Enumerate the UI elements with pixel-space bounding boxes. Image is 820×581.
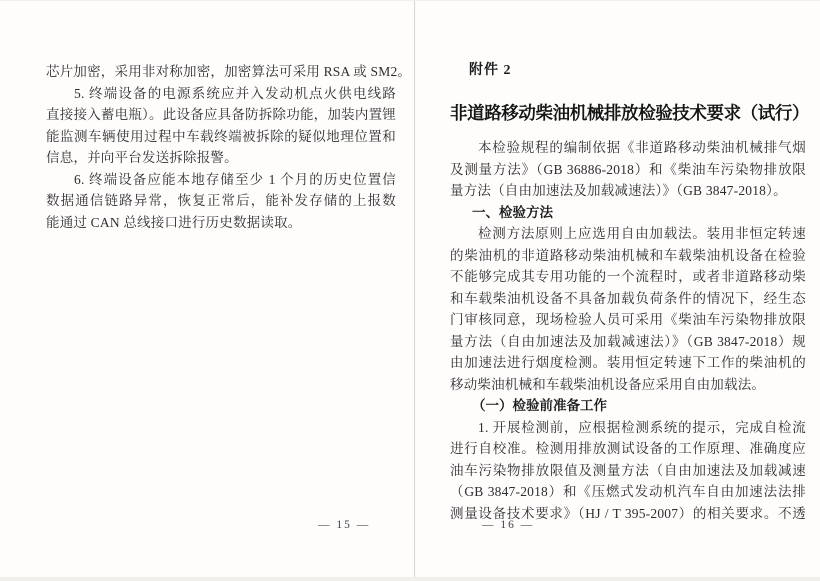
- scan-bottom-edge: [0, 577, 820, 581]
- subsection-heading: （一）检验前准备工作: [450, 395, 806, 417]
- text-line: 不能够完成其专用功能的一个流程时，或者非道路移动柴油机械: [450, 266, 806, 288]
- text-line: 能监测车辆使用过程中车载终端被拆除的疑似地理位置和时间: [46, 126, 396, 148]
- text-line: 本检验规程的编制依据《非道路移动柴油机械排气烟度限值: [450, 137, 806, 159]
- page-16: 附件 2 非道路移动柴油机械排放检验技术要求（试行） 本检验规程的编制依据《非道…: [416, 1, 820, 581]
- text-line: （GB 3847-2018）和《压燃式发动机汽车自由加速法法排气烟度: [450, 481, 806, 503]
- text-line: 和车载柴油机设备不具备加载负荷条件的情况下，经生态环境部: [450, 288, 806, 310]
- page-16-text-block: 本检验规程的编制依据《非道路移动柴油机械排气烟度限值 及测量方法》（GB 368…: [450, 137, 806, 524]
- document-title: 非道路移动柴油机械排放检验技术要求（试行）: [450, 100, 808, 125]
- text-line: 油车污染物排放限值及测量方法（自由加速法及加载减速法）》: [450, 460, 806, 482]
- text-line: 由加速法进行烟度检测。装用恒定转速下工作的柴油机的非道路: [450, 352, 806, 374]
- section-heading: 一、检验方法: [450, 202, 806, 224]
- text-line: 检测方法原则上应选用自由加载法。装用非恒定转速下工作: [450, 223, 806, 245]
- document-spread: 芯片加密，采用非对称加密，加密算法可采用 RSA 或 SM2。 5. 终端设备的…: [0, 0, 820, 581]
- text-line: 移动柴油机械和车载柴油机设备应采用自由加载法。: [450, 374, 806, 396]
- text-line: 5. 终端设备的电源系统应并入发动机点火供电线路（不能: [46, 83, 396, 105]
- page-15-text-block: 芯片加密，采用非对称加密，加密算法可采用 RSA 或 SM2。 5. 终端设备的…: [46, 61, 396, 233]
- text-line: 量方法（自由加速法及加载减速法）》（GB 3847-2018）规定的自: [450, 331, 806, 353]
- page-number: — 15 —: [318, 519, 370, 531]
- text-line: 6. 终端设备应能本地存储至少 1 个月的历史位置信息，当: [46, 169, 396, 191]
- text-line: 门审核同意，现场检验人员可采用《柴油车污染物排放限值及测: [450, 309, 806, 331]
- text-line: 能通过 CAN 总线接口进行历史数据读取。: [46, 212, 396, 234]
- text-line: 进行自校准。检测用排放测试设备的工作原理、准确度应满足《柴: [450, 438, 806, 460]
- attachment-label: 附件 2: [469, 59, 512, 79]
- text-line: 1. 开展检测前，应根据检测系统的提示，完成自检流程和: [450, 417, 806, 439]
- page-number: — 16 —: [482, 519, 534, 531]
- text-line: 直接接入蓄电瓶）。此设备应具备防拆除功能，加装内置锂电池，: [46, 104, 396, 126]
- text-line: 数据通信链路异常，恢复正常后，能补发存储的上报数据，同时: [46, 190, 396, 212]
- page-15: 芯片加密，采用非对称加密，加密算法可采用 RSA 或 SM2。 5. 终端设备的…: [0, 1, 415, 581]
- text-line: 的柴油机的非道路移动柴油机械和车载柴油机设备在检验现场: [450, 245, 806, 267]
- text-line: 信息，并向平台发送拆除报警。: [46, 147, 396, 169]
- text-line: 量方法（自由加速法及加载减速法）》（GB 3847-2018）。: [450, 180, 806, 202]
- text-line: 及测量方法》（GB 36886-2018）和《柴油车污染物排放限值及测: [450, 159, 806, 181]
- text-line: 芯片加密，采用非对称加密，加密算法可采用 RSA 或 SM2。: [46, 61, 396, 83]
